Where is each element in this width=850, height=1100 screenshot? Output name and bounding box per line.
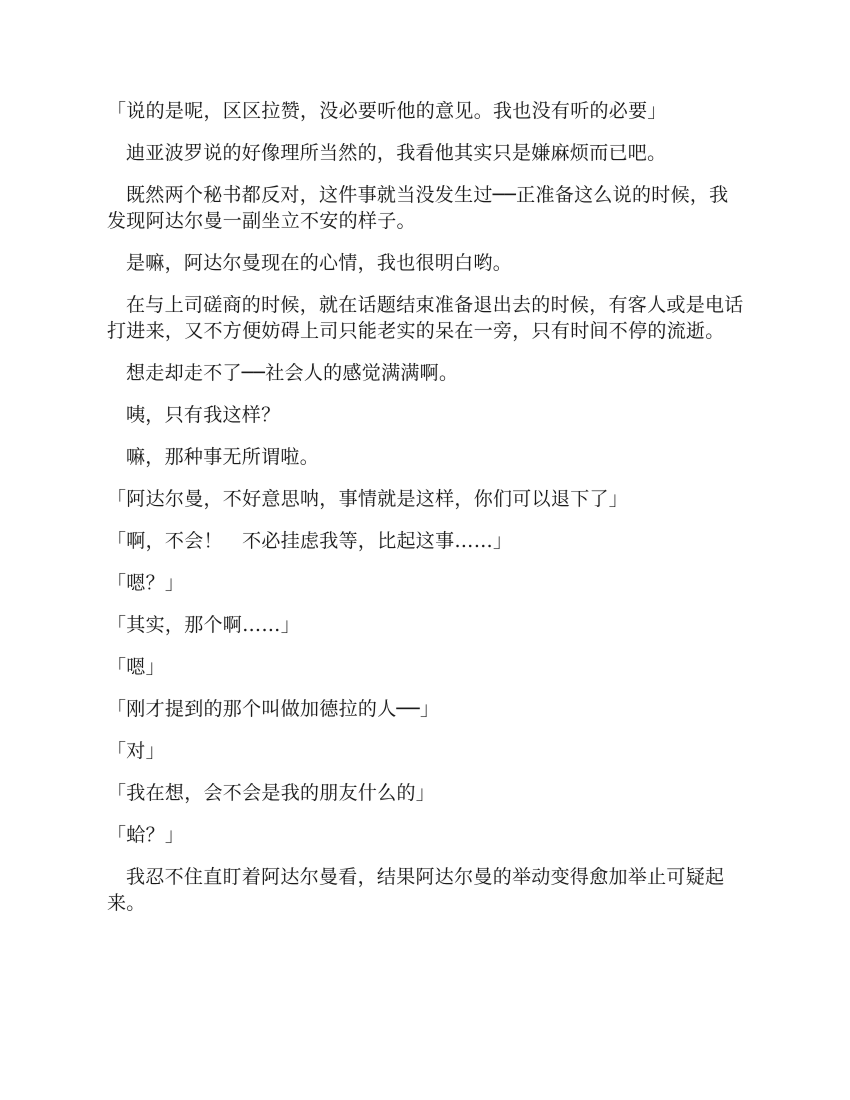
dialogue-line: 「嗯」	[107, 654, 747, 680]
dialogue-line: 「我在想，会不会是我的朋友什么的」	[107, 780, 747, 806]
dialogue-line: 「其实，那个啊……」	[107, 612, 747, 638]
document-page: 「说的是呢，区区拉赞，没必要听他的意见。我也没有听的必要」 迪亚波罗说的好像理所…	[107, 98, 747, 932]
dialogue-line: 「啊，不会！ 不必挂虑我等，比起这事……」	[107, 528, 747, 554]
dialogue-line: 「对」	[107, 738, 747, 764]
narration-paragraph: 是嘛，阿达尔曼现在的心情，我也很明白哟。	[107, 250, 747, 276]
narration-paragraph: 想走却走不了──社会人的感觉满满啊。	[107, 360, 747, 386]
narration-paragraph: 迪亚波罗说的好像理所当然的，我看他其实只是嫌麻烦而已吧。	[107, 140, 747, 166]
dialogue-line: 「阿达尔曼，不好意思呐，事情就是这样，你们可以退下了」	[107, 486, 747, 512]
narration-paragraph: 咦，只有我这样？	[107, 402, 747, 428]
dialogue-line: 「蛤？」	[107, 822, 747, 848]
dialogue-line: 「嗯？」	[107, 570, 747, 596]
narration-paragraph: 在与上司磋商的时候，就在话题结束准备退出去的时候，有客人或是电话打进来，又不方便…	[107, 292, 747, 344]
narration-paragraph: 既然两个秘书都反对，这件事就当没发生过──正准备这么说的时候，我发现阿达尔曼一副…	[107, 182, 747, 234]
dialogue-line: 「刚才提到的那个叫做加德拉的人──」	[107, 696, 747, 722]
narration-paragraph: 嘛，那种事无所谓啦。	[107, 444, 747, 470]
narration-paragraph: 我忍不住直盯着阿达尔曼看，结果阿达尔曼的举动变得愈加举止可疑起来。	[107, 864, 747, 916]
dialogue-line: 「说的是呢，区区拉赞，没必要听他的意见。我也没有听的必要」	[107, 98, 747, 124]
